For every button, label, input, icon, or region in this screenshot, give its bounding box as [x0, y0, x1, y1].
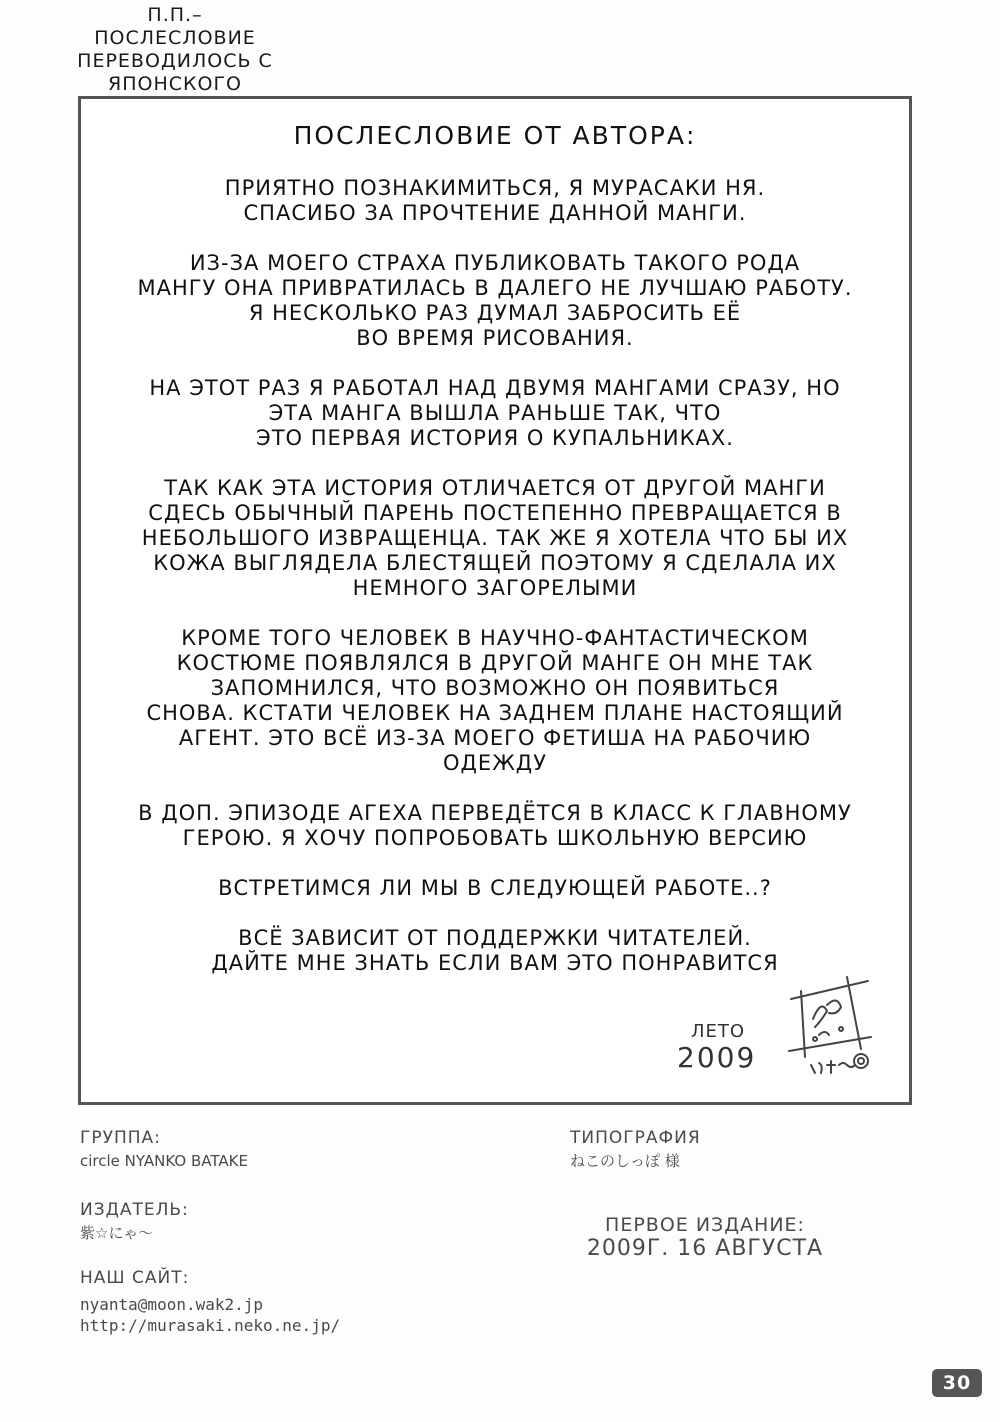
text-line: немного загорелыми	[81, 576, 909, 601]
text-line: Всё зависит от поддержки читателей.	[81, 926, 909, 951]
afterword-box: Послесловие от автора: Приятно познакими…	[78, 96, 912, 1105]
translator-note-line: Послесловие	[50, 27, 300, 50]
translator-note-line: переводилось с	[50, 50, 300, 73]
credit-group-value: circle NYANKO BATAKE	[80, 1151, 248, 1172]
text-line: Из-за моего страха публиковать такого ро…	[81, 251, 909, 276]
text-line: Встретимся ли мы в следующей работе..?	[81, 876, 909, 901]
text-line: Приятно познакимиться, я Мурасаки Ня.	[81, 176, 909, 201]
credit-site-label: Наш сайт:	[80, 1268, 340, 1288]
text-line: запомнился, что возможно он появиться	[81, 676, 909, 701]
credit-publisher: Издатель: 紫☆にゃ〜	[80, 1200, 189, 1244]
afterword-title: Послесловие от автора:	[81, 121, 909, 150]
text-line: одежду	[81, 751, 909, 776]
translator-note-line: японского	[50, 73, 300, 96]
text-line: во время рисования.	[81, 326, 909, 351]
credit-first-edition-label: Первое издание:	[560, 1214, 850, 1236]
text-line: сдесь обычный парень постепенно превраща…	[81, 501, 909, 526]
translator-note-line: П.П.–	[50, 4, 300, 27]
afterword-paragraph-scifi: Кроме того человек в научно-фантастическ…	[81, 626, 909, 776]
afterword-paragraph-next: Встретимся ли мы в следующей работе..?	[81, 876, 909, 901]
translator-note: П.П.– Послесловие переводилось с японско…	[50, 4, 300, 96]
credit-site-url[interactable]: http://murasaki.neko.ne.jp/	[80, 1315, 340, 1336]
text-line: Так как эта история отличается от другой…	[81, 476, 909, 501]
credit-first-edition-date: 2009г. 16 августа	[560, 1236, 850, 1261]
afterword-paragraph-greeting: Приятно познакимиться, я Мурасаки Ня. сп…	[81, 176, 909, 226]
signature-stamp-icon	[783, 969, 873, 1079]
text-line: снова. Кстати человек на заднем плане на…	[81, 701, 909, 726]
signature: Лето 2009	[671, 1009, 871, 1099]
credit-site: Наш сайт: nyanta@moon.wak2.jp http://mur…	[80, 1268, 340, 1336]
afterword-paragraph-two-manga: На этот раз я работал над двумя мангами …	[81, 376, 909, 451]
page-number-badge: 30	[932, 1369, 982, 1397]
credit-first-edition: Первое издание: 2009г. 16 августа	[560, 1214, 850, 1261]
signature-season: Лето	[691, 1021, 745, 1042]
text-line: герою. Я хочу попробовать школьную верси…	[81, 826, 909, 851]
text-line: спасибо за прочтение данной манги.	[81, 201, 909, 226]
credit-publisher-label: Издатель:	[80, 1200, 189, 1220]
credit-group-label: Группа:	[80, 1128, 248, 1148]
text-line: мангу она привратилась в далего не лучша…	[81, 276, 909, 301]
text-line: костюме появлялся в другой манге он мне …	[81, 651, 909, 676]
credit-typography-value: ねこのしっぽ 様	[570, 1151, 701, 1172]
text-line: это первая история о купальниках.	[81, 426, 909, 451]
afterword-paragraph-fear: Из-за моего страха публиковать такого ро…	[81, 251, 909, 351]
credit-site-email[interactable]: nyanta@moon.wak2.jp	[80, 1294, 340, 1315]
text-line: эта манга вышла раньше так, что	[81, 401, 909, 426]
credit-typography-label: Типография	[570, 1128, 701, 1148]
afterword-paragraph-extra: В доп. эпизоде Агеха перведётся в класс …	[81, 801, 909, 851]
afterword-paragraph-story: Так как эта история отличается от другой…	[81, 476, 909, 601]
text-line: агент. Это всё из-за моего фетиша на раб…	[81, 726, 909, 751]
text-line: небольшого извращенца. Так же я хотела ч…	[81, 526, 909, 551]
credit-typography: Типография ねこのしっぽ 様	[570, 1128, 701, 1172]
credit-group: Группа: circle NYANKO BATAKE	[80, 1128, 248, 1172]
text-line: Кроме того человек в научно-фантастическ…	[81, 626, 909, 651]
signature-year: 2009	[677, 1041, 756, 1074]
credit-publisher-value: 紫☆にゃ〜	[80, 1223, 189, 1244]
text-line: В доп. эпизоде Агеха перведётся в класс …	[81, 801, 909, 826]
text-line: На этот раз я работал над двумя мангами …	[81, 376, 909, 401]
text-line: Я несколько раз думал забросить её	[81, 301, 909, 326]
text-line: кожа выглядела блестящей поэтому я сдела…	[81, 551, 909, 576]
